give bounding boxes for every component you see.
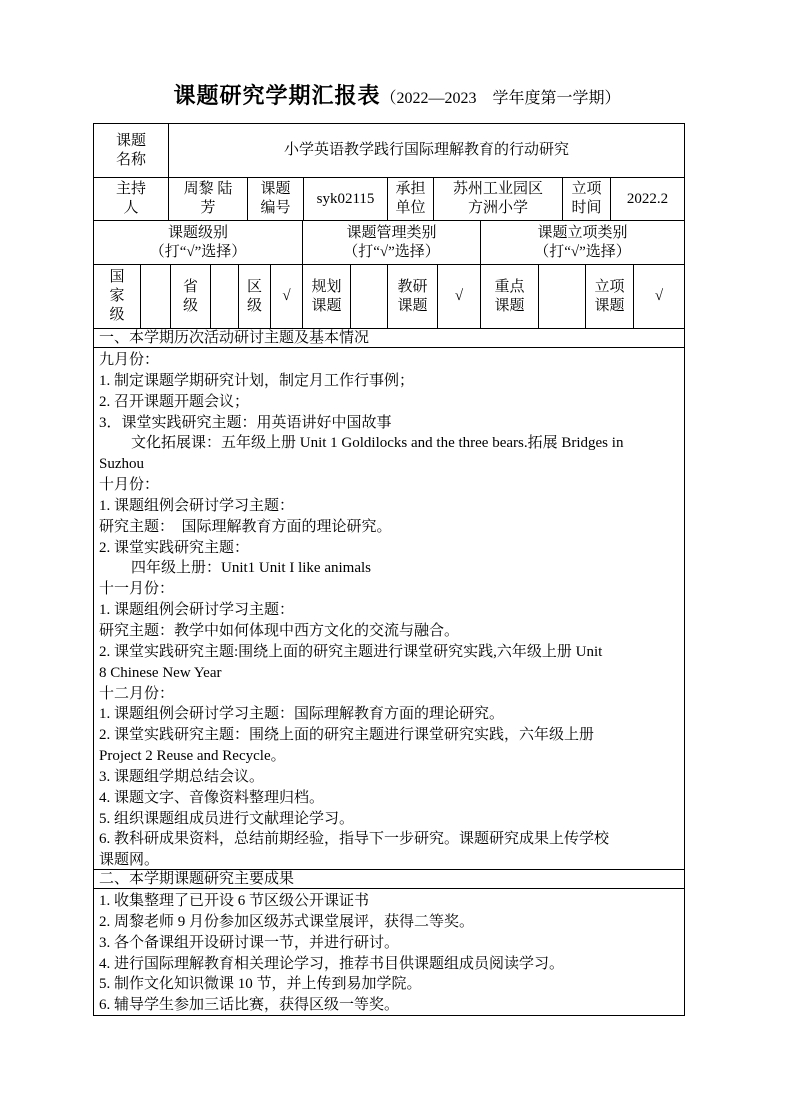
content-line: 十月份： bbox=[99, 475, 678, 496]
project-name-value: 小学英语教学践行国际理解教育的行动研究 bbox=[169, 124, 685, 178]
section2-content: 1. 收集整理了已开设 6 节区级公开课证书 2. 周黎老师 9 月份参加区级苏… bbox=[94, 889, 685, 1016]
content-line: 1. 课题组例会研讨学习主题： bbox=[99, 600, 678, 621]
content-line: 3. 课题组学期总结会议。 bbox=[99, 767, 678, 788]
content-line: 3．课堂实践研究主题：用英语讲好中国故事 bbox=[99, 413, 678, 434]
date-label: 立项 时间 bbox=[563, 178, 611, 221]
level-national-label: 国 家 级 bbox=[94, 265, 141, 329]
section1-content: 九月份： 1. 制定课题学期研究计划，制定月工作行事例； 2. 召开课题开题会议… bbox=[94, 348, 685, 870]
report-table: 课题 名称 小学英语教学践行国际理解教育的行动研究 主持 人 周黎 陆 芳 课题… bbox=[93, 123, 685, 1016]
content-line: 课题网。 bbox=[99, 850, 678, 871]
unit-value: 苏州工业园区 方洲小学 bbox=[434, 178, 563, 221]
host-value: 周黎 陆 芳 bbox=[169, 178, 248, 221]
row-category-options: 国 家 级 省 级 区 级 √ 规划 课题 教研 课题 √ 重点 课题 立项 课… bbox=[94, 265, 685, 329]
content-line: 3. 各个备课组开设研讨课一节，并进行研讨。 bbox=[99, 933, 678, 954]
content-line: 2. 周黎老师 9 月份参加区级苏式课堂展评，获得二等奖。 bbox=[99, 912, 678, 933]
reg-key-check bbox=[539, 265, 586, 329]
row-project-name: 课题 名称 小学英语教学践行国际理解教育的行动研究 bbox=[94, 124, 685, 178]
content-line: 8 Chinese New Year bbox=[99, 663, 678, 684]
management-header: 课题管理类别 （打“√”选择） bbox=[303, 221, 481, 265]
level-district-check: √ bbox=[271, 265, 303, 329]
date-value: 2022.2 bbox=[611, 178, 685, 221]
content-line: 十一月份： bbox=[99, 579, 678, 600]
content-line: 1. 制定课题学期研究计划，制定月工作行事例； bbox=[99, 371, 678, 392]
content-line: Suzhou bbox=[99, 454, 678, 475]
host-label: 主持 人 bbox=[94, 178, 169, 221]
title-main: 课题研究学期汇报表 bbox=[173, 83, 380, 108]
row-section1-header: 一、本学期历次活动研讨主题及基本情况 bbox=[94, 329, 685, 348]
row-project-meta: 主持 人 周黎 陆 芳 课题 编号 syk02115 承担 单位 苏州工业园区 … bbox=[94, 178, 685, 221]
row-section2-header: 二、本学期课题研究主要成果 bbox=[94, 870, 685, 889]
mgmt-research-check: √ bbox=[438, 265, 481, 329]
code-label: 课题 编号 bbox=[248, 178, 304, 221]
content-line: 十二月份： bbox=[99, 684, 678, 705]
row-section2-content: 1. 收集整理了已开设 6 节区级公开课证书 2. 周黎老师 9 月份参加区级苏… bbox=[94, 889, 685, 1016]
title-sub: （2022—2023 学年度第一学期） bbox=[381, 90, 621, 107]
content-line: 2. 课堂实践研究主题：围绕上面的研究主题进行课堂研究实践，六年级上册 bbox=[99, 725, 678, 746]
content-line: 5. 制作文化知识微课 10 节，并上传到易加学院。 bbox=[99, 974, 678, 995]
content-line: 文化拓展课：五年级上册 Unit 1 Goldilocks and the th… bbox=[99, 433, 678, 454]
content-line: 6. 教科研成果资料，总结前期经验，指导下一步研究。课题研究成果上传学校 bbox=[99, 829, 678, 850]
mgmt-research-label: 教研 课题 bbox=[388, 265, 438, 329]
mgmt-planning-label: 规划 课题 bbox=[303, 265, 351, 329]
code-value: syk02115 bbox=[304, 178, 388, 221]
content-line: 九月份： bbox=[99, 350, 678, 371]
reg-approved-label: 立项 课题 bbox=[586, 265, 634, 329]
registration-header: 课题立项类别 （打“√”选择） bbox=[481, 221, 685, 265]
row-category-headers: 课题级别 （打“√”选择） 课题管理类别 （打“√”选择） 课题立项类别 （打“… bbox=[94, 221, 685, 265]
page-title: 课题研究学期汇报表（2022—2023 学年度第一学期） bbox=[0, 82, 794, 113]
report-page: 课题研究学期汇报表（2022—2023 学年度第一学期） 课题 名称 小学英语教… bbox=[0, 0, 794, 1108]
content-line: 1. 课题组例会研讨学习主题： bbox=[99, 496, 678, 517]
level-national-check bbox=[141, 265, 171, 329]
reg-key-label: 重点 课题 bbox=[481, 265, 539, 329]
content-line: 1. 收集整理了已开设 6 节区级公开课证书 bbox=[99, 891, 678, 912]
content-line: 研究主题： 国际理解教育方面的理论研究。 bbox=[99, 517, 678, 538]
content-line: 5. 组织课题组成员进行文献理论学习。 bbox=[99, 809, 678, 830]
level-province-check bbox=[211, 265, 239, 329]
content-line: 四年级上册：Unit1 Unit I like animals bbox=[99, 558, 678, 579]
content-line: 2. 课堂实践研究主题:围绕上面的研究主题进行课堂研究实践,六年级上册 Unit bbox=[99, 642, 678, 663]
grade-header: 课题级别 （打“√”选择） bbox=[94, 221, 303, 265]
content-line: 1. 课题组例会研讨学习主题：国际理解教育方面的理论研究。 bbox=[99, 704, 678, 725]
content-line: 2. 课堂实践研究主题： bbox=[99, 538, 678, 559]
unit-label: 承担 单位 bbox=[388, 178, 434, 221]
content-line: 6. 辅导学生参加三话比赛，获得区级一等奖。 bbox=[99, 995, 678, 1016]
content-line: 研究主题：教学中如何体现中西方文化的交流与融合。 bbox=[99, 621, 678, 642]
content-line: Project 2 Reuse and Recycle。 bbox=[99, 746, 678, 767]
section2-header: 二、本学期课题研究主要成果 bbox=[94, 870, 685, 889]
row-section1-content: 九月份： 1. 制定课题学期研究计划，制定月工作行事例； 2. 召开课题开题会议… bbox=[94, 348, 685, 870]
mgmt-planning-check bbox=[351, 265, 388, 329]
section1-header: 一、本学期历次活动研讨主题及基本情况 bbox=[94, 329, 685, 348]
content-line: 4. 课题文字、音像资料整理归档。 bbox=[99, 788, 678, 809]
level-district-label: 区 级 bbox=[239, 265, 271, 329]
level-province-label: 省 级 bbox=[171, 265, 211, 329]
reg-approved-check: √ bbox=[634, 265, 685, 329]
content-line: 4. 进行国际理解教育相关理论学习，推荐书目供课题组成员阅读学习。 bbox=[99, 954, 678, 975]
project-name-label: 课题 名称 bbox=[94, 124, 169, 178]
content-line: 2. 召开课题开题会议； bbox=[99, 392, 678, 413]
